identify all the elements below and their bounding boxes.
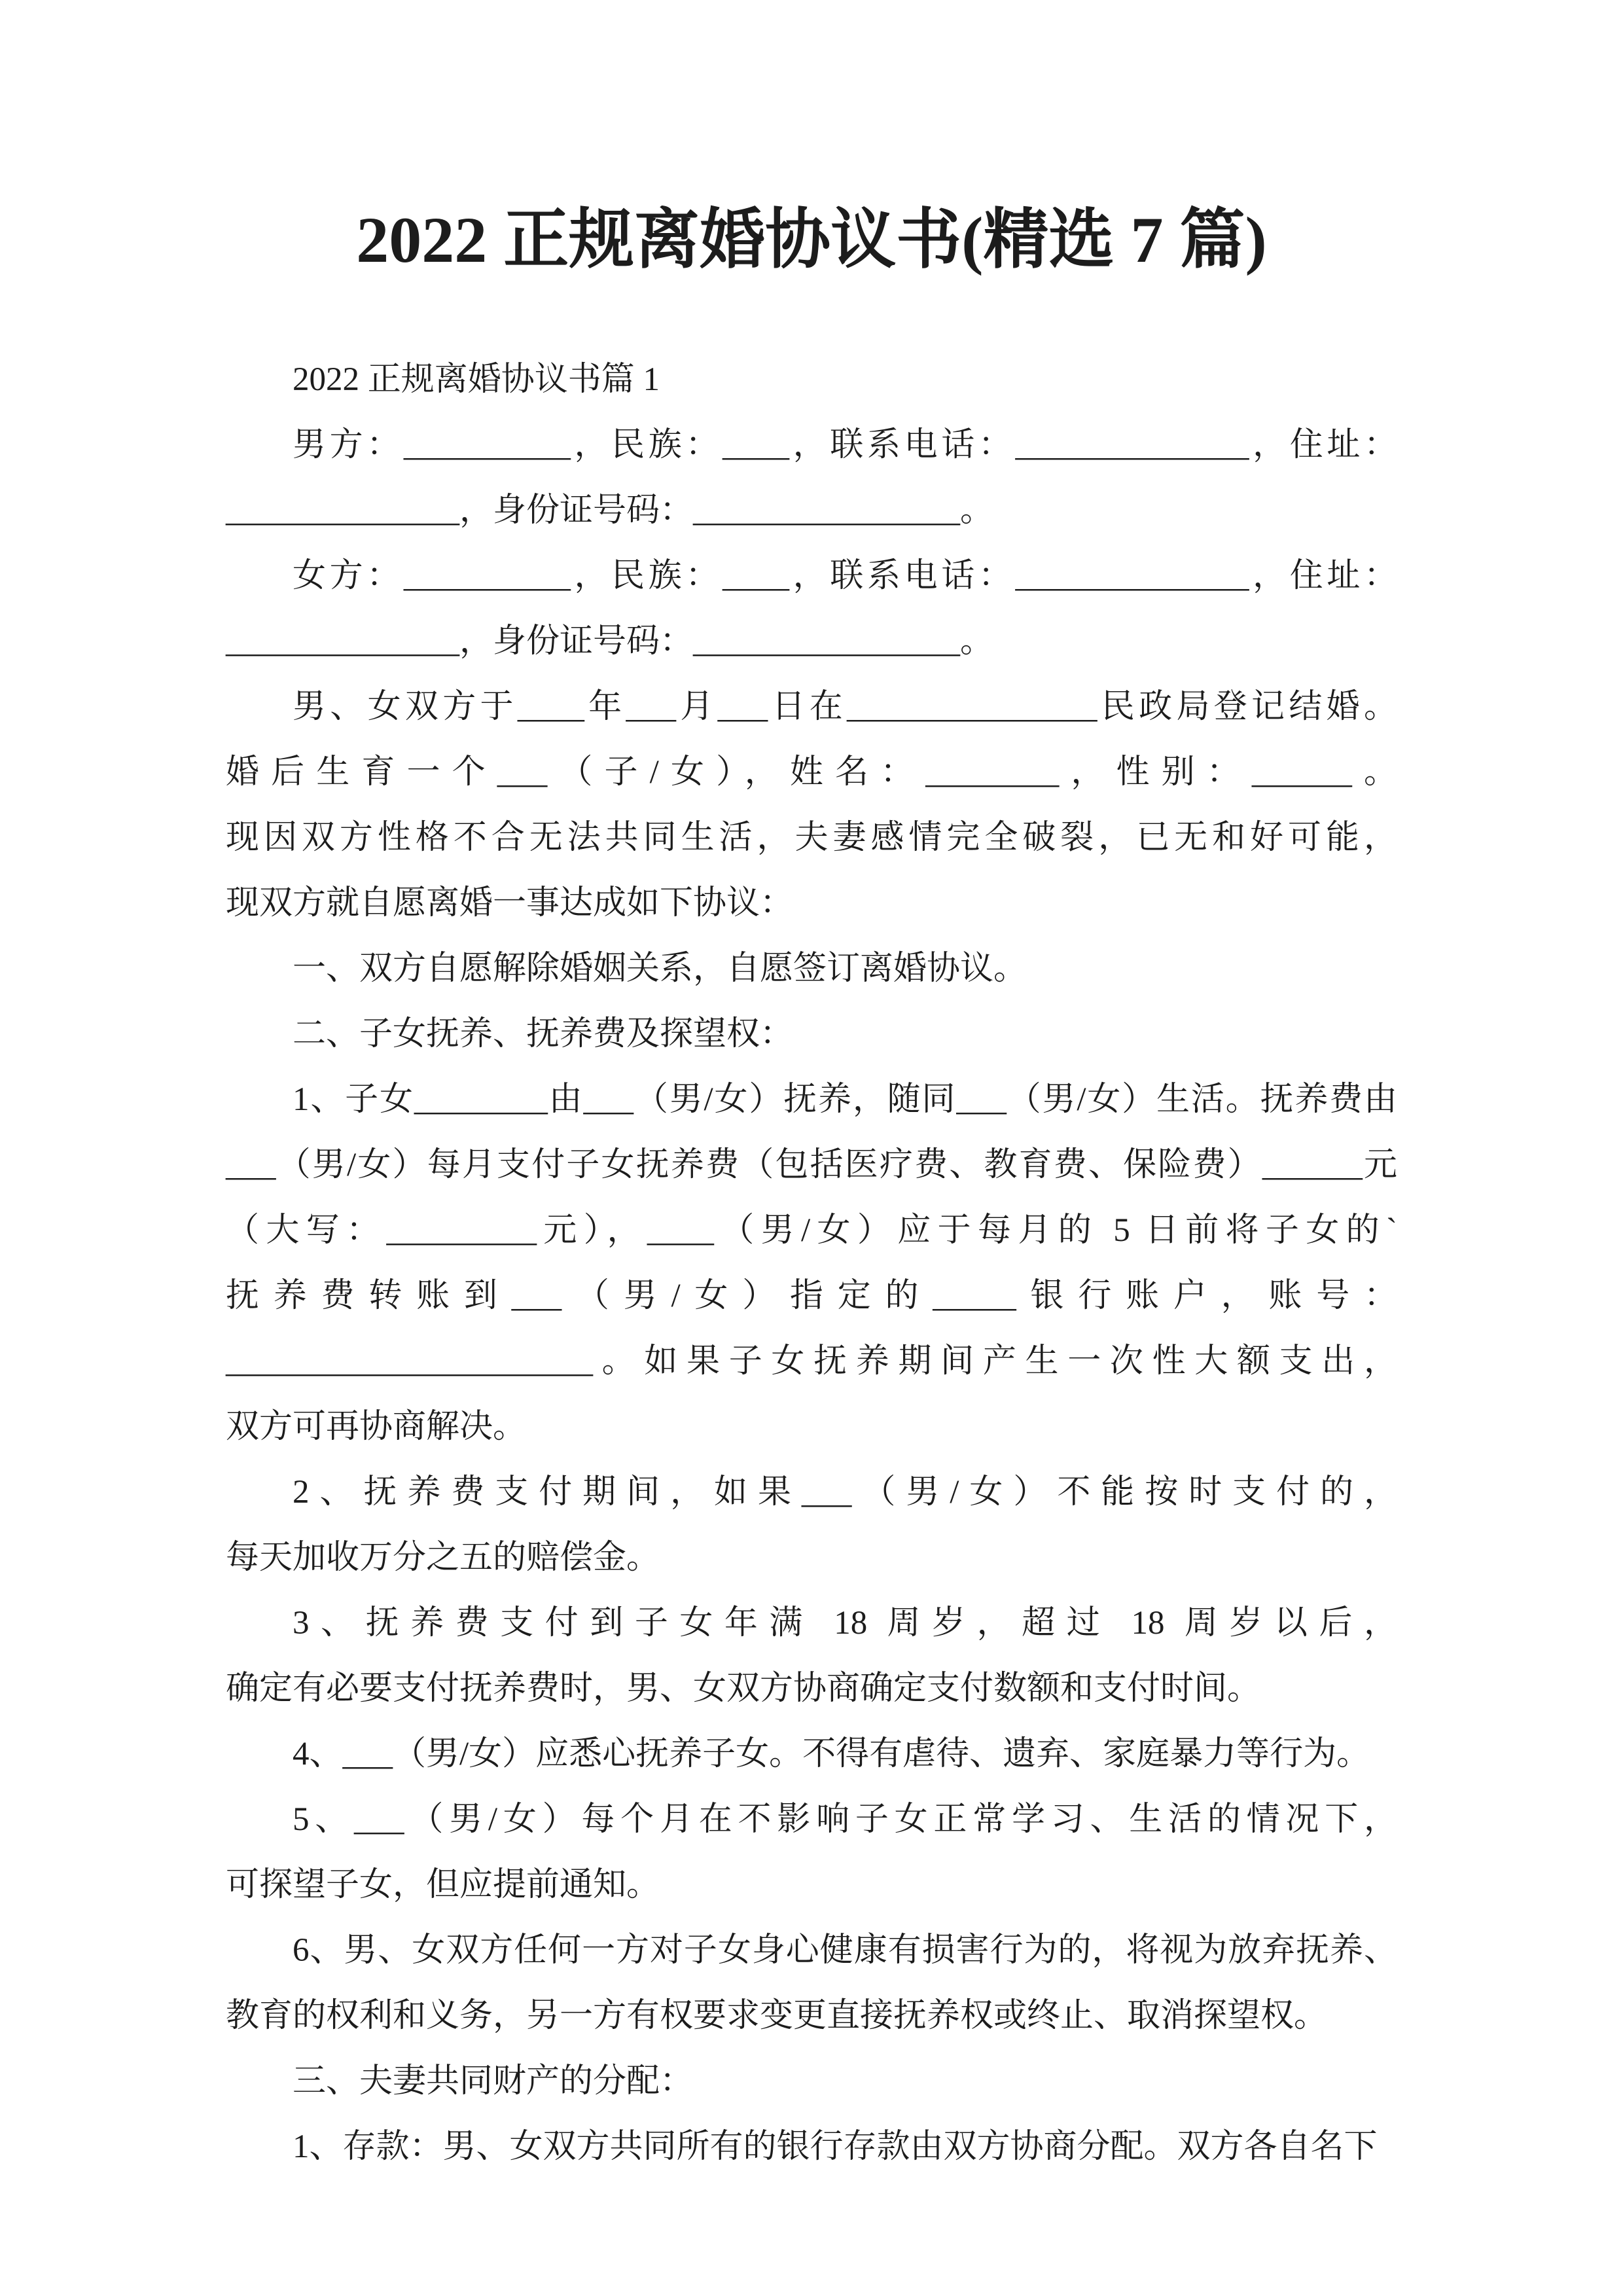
document-title: 2022 正规离婚协议书(精选 7 篇) [226,196,1397,284]
paragraph-custody-item-3-age-limit: 3、抚养费支付到子女年满 18 周岁，超过 18 周岁以后，确定有必要支付抚养费… [226,1590,1397,1721]
paragraph-custody-item-4-care-obligation: 4、___（男/女）应悉心抚养子女。不得有虐待、遗弃、家庭暴力等行为。 [226,1721,1397,1787]
paragraph-custody-item-5-visitation: 5、___（男/女）每个月在不影响子女正常学习、生活的情况下，可探望子女，但应提… [226,1787,1397,1918]
paragraph-male-party-info: 男方：__________，民族：____，联系电话：_____________… [226,412,1397,543]
paragraph-marriage-registration-intro: 男、女双方于____年___月___日在_______________民政局登记… [226,674,1397,936]
section-heading: 2022 正规离婚协议书篇 1 [226,347,1397,412]
paragraph-clause-2-custody-heading: 二、子女抚养、抚养费及探望权： [226,1001,1397,1067]
paragraph-property-item-1-deposits: 1、存款：男、女双方共同所有的银行存款由双方协商分配。双方各自名下 [226,2114,1397,2179]
paragraph-female-party-info: 女方：__________，民族：____，联系电话：_____________… [226,543,1397,674]
paragraph-custody-item-2-late-penalty: 2、抚养费支付期间，如果___（男/女）不能按时支付的，每天加收万分之五的赔偿金… [226,1460,1397,1590]
paragraph-custody-item-1-support-payment: 1、子女________由___（男/女）抚养，随同___（男/女）生活。抚养费… [226,1067,1397,1460]
paragraph-custody-item-6-harm-consequences: 6、男、女双方任何一方对子女身心健康有损害行为的，将视为放弃抚养、教育的权利和义… [226,1918,1397,2049]
document-page: 2022 正规离婚协议书(精选 7 篇) 2022 正规离婚协议书篇 1 男方：… [0,0,1623,2296]
paragraph-clause-1-voluntary-divorce: 一、双方自愿解除婚姻关系，自愿签订离婚协议。 [226,936,1397,1001]
paragraph-clause-3-property-heading: 三、夫妻共同财产的分配： [226,2049,1397,2114]
